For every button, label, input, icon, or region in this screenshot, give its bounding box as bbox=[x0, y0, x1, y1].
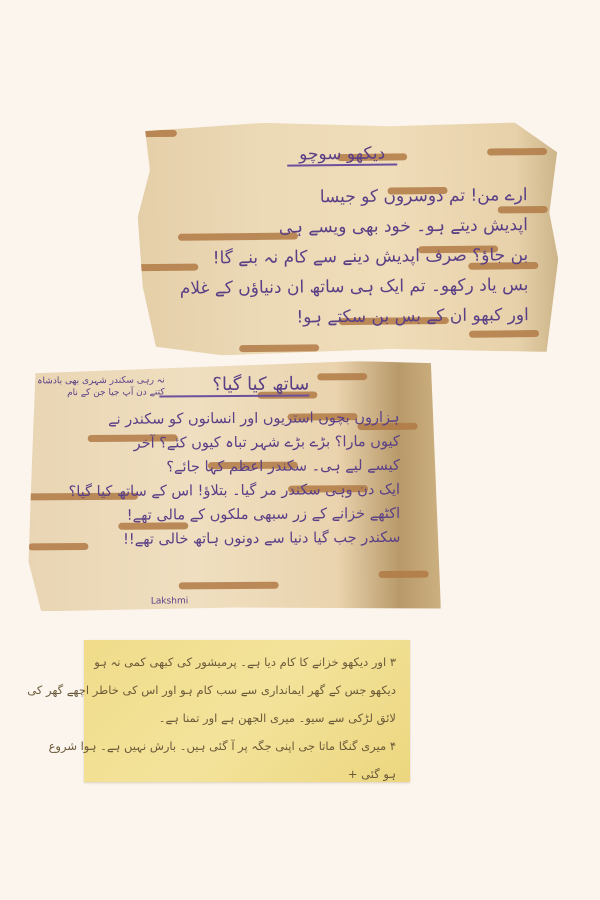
text-line: اپدیش دیتے ہو۔ خود بھی ویسے ہی bbox=[158, 210, 528, 244]
bark-1-title: دیکھو سوچو bbox=[287, 143, 397, 166]
text-line: ایک دن وہی سکندر مر گیا۔ بتلاؤ! اس کے سا… bbox=[38, 478, 400, 505]
text-line: ہو گئی + bbox=[94, 760, 396, 788]
bark-2-title: ساتھ کیا گیا؟ bbox=[159, 373, 309, 397]
bark-2-text: نہ رہی سکندر شہری بھی بادشاہ کتنے دن آپ … bbox=[37, 373, 400, 553]
text-line: ۴ میری گنگا ماتا جی اپنی جگہ پر آ گئی ہی… bbox=[94, 732, 396, 760]
text-line: ہزاروں بچوں استریوں اور انسانوں کو سکندر… bbox=[37, 406, 399, 433]
paper-note-3: ۳ اور دیکھو خزانے کا کام دیا ہے۔ پرمیشور… bbox=[84, 640, 410, 782]
side-note: نہ رہی سکندر شہری بھی بادشاہ کتنے دن آپ … bbox=[37, 374, 164, 399]
text-line: بن جاؤ؟ صرف اپدیش دینے سے کام نہ بنے گا! bbox=[158, 240, 528, 274]
bark-1-text: دیکھو سوچو ارے من! تم دوسروں کو جیسا اپد… bbox=[157, 142, 529, 334]
text-line: ارے من! تم دوسروں کو جیسا bbox=[157, 180, 527, 214]
text-line: کیسے لیے ہی۔ سکندر اعظم کہا جائے؟ bbox=[38, 454, 400, 481]
text-line: اکٹھے خزانے کے زر سبھی ملکوں کے مالی تھے… bbox=[38, 502, 400, 529]
bark-fragment-1: دیکھو سوچو ارے من! تم دوسروں کو جیسا اپد… bbox=[137, 120, 559, 356]
text-line: سکندر جب گیا دنیا سے دونوں ہاتھ خالی تھے… bbox=[38, 526, 400, 553]
text-line: اور کبھو ان کے بس بن سکتے ہو! bbox=[159, 300, 529, 334]
bark-fragment-2: نہ رہی سکندر شہری بھی بادشاہ کتنے دن آپ … bbox=[27, 361, 441, 612]
signature: Lakshmi bbox=[151, 596, 188, 606]
text-line: بس یاد رکھو۔ تم ایک ہی ساتھ ان دنیاؤں کے… bbox=[158, 270, 528, 304]
text-line: کیوں مارا؟ بڑے بڑے شہر تباہ کیوں کئے؟ آخ… bbox=[38, 430, 400, 457]
text-line: ۳ اور دیکھو خزانے کا کام دیا ہے۔ پرمیشور… bbox=[94, 648, 396, 676]
text-line: لائق لڑکی سے سیو۔ میری الجھن ہے اور تمنا… bbox=[94, 704, 396, 732]
paper-3-text: ۳ اور دیکھو خزانے کا کام دیا ہے۔ پرمیشور… bbox=[94, 648, 396, 788]
text-line: دیکھو جس کے گھر ایمانداری سے سب کام ہو ا… bbox=[94, 676, 396, 704]
